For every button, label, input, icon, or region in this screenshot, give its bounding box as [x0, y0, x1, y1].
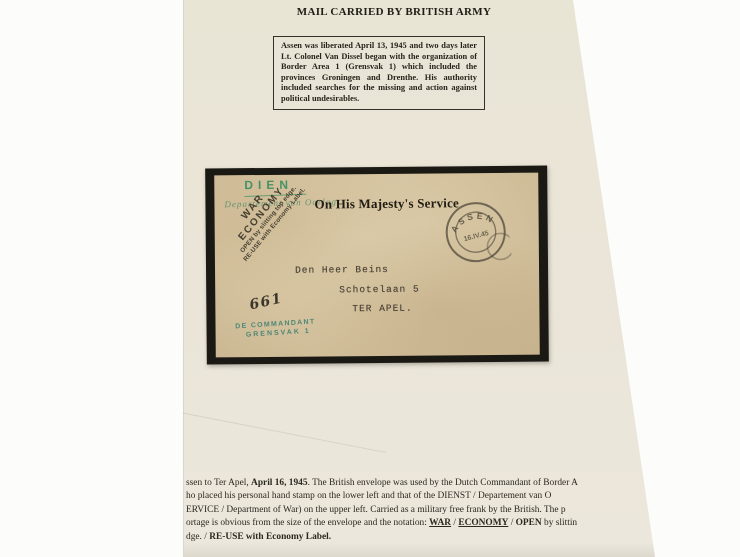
page-crease: [180, 412, 386, 453]
address-line-street: Schotelaan 5: [339, 284, 420, 296]
war-economy-line: ECONOMY: [217, 161, 307, 267]
caption-line: dge. / RE-USE with Economy Label.: [186, 531, 658, 544]
envelope: DIEN Departement van Oorlog WAR ECONOMY …: [214, 173, 540, 358]
war-economy-handstamp: WAR ECONOMY OPEN by slitting top edge. R…: [208, 154, 325, 282]
assen-postmark: ASSEN 16.IV.45: [439, 196, 512, 269]
caption-line: ho placed his personal hand stamp on the…: [186, 490, 658, 503]
address-line-name: Den Heer Beins: [295, 264, 389, 276]
caption-line: ssen to Ter Apel, April 16, 1945. The Br…: [186, 477, 658, 490]
postmark-date: 16.IV.45: [463, 230, 489, 243]
intro-text-box: Assen was liberated April 13, 1945 and t…: [273, 36, 485, 110]
caption-block: ssen to Ter Apel, April 16, 1945. The Br…: [186, 477, 658, 544]
manuscript-number: 661: [248, 291, 284, 314]
commandant-handstamp: DE COMMANDANT GRENSVAK 1: [235, 318, 316, 340]
page-title: MAIL CARRIED BY BRITISH ARMY: [184, 6, 604, 18]
caption-line: ERVICE / Department of War) on the upper…: [186, 504, 658, 517]
address-line-town: TER APEL.: [352, 303, 412, 315]
ohms-imprint: On His Majesty's Service: [314, 195, 459, 212]
album-page: MAIL CARRIED BY BRITISH ARMY Assen was l…: [183, 0, 664, 557]
envelope-mount-mat: DIEN Departement van Oorlog WAR ECONOMY …: [205, 166, 549, 365]
exhibit-photo: MAIL CARRIED BY BRITISH ARMY Assen was l…: [0, 0, 740, 557]
caption-line: ortage is obvious from the size of the e…: [186, 517, 658, 530]
